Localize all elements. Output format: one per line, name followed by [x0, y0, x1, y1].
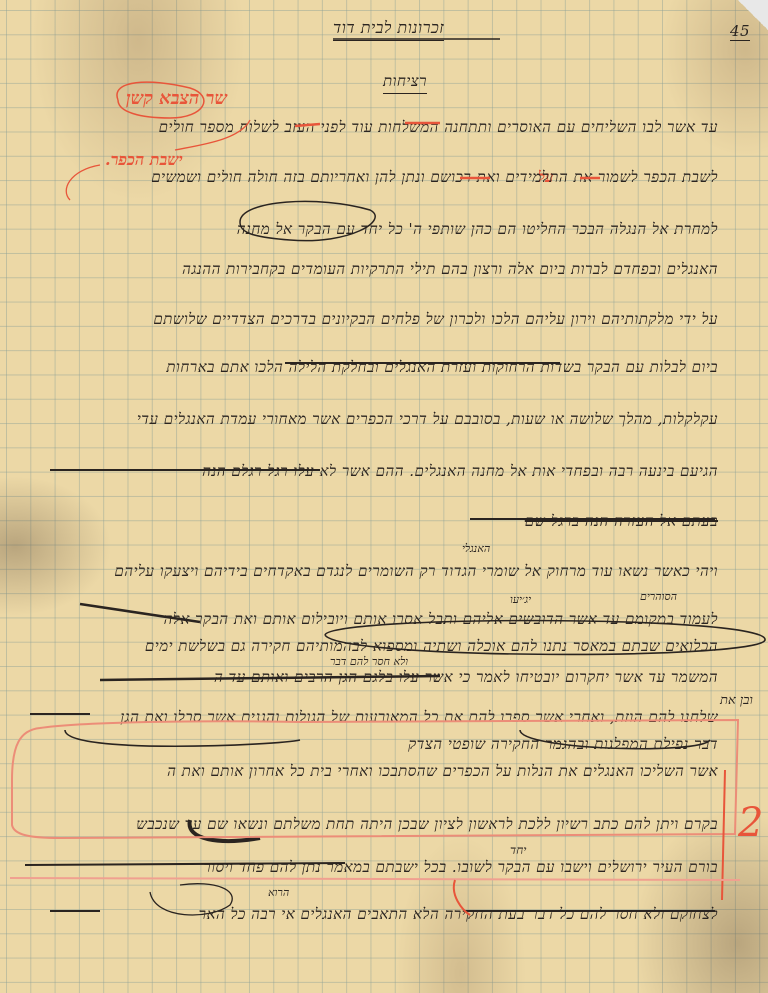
strike-line18 [25, 863, 345, 865]
ink-circle-line3 [240, 201, 375, 240]
editorial-marks [0, 0, 768, 993]
ink-circle-line19 [150, 884, 232, 915]
ink-bracket-line12 [325, 621, 765, 655]
manuscript-page: זכרונות לבית דוד 45 רציחות שר הצבא קשן י… [0, 0, 768, 993]
red-circle-top [117, 82, 204, 118]
strike-line13 [100, 676, 440, 680]
red-outline-box [12, 720, 738, 838]
